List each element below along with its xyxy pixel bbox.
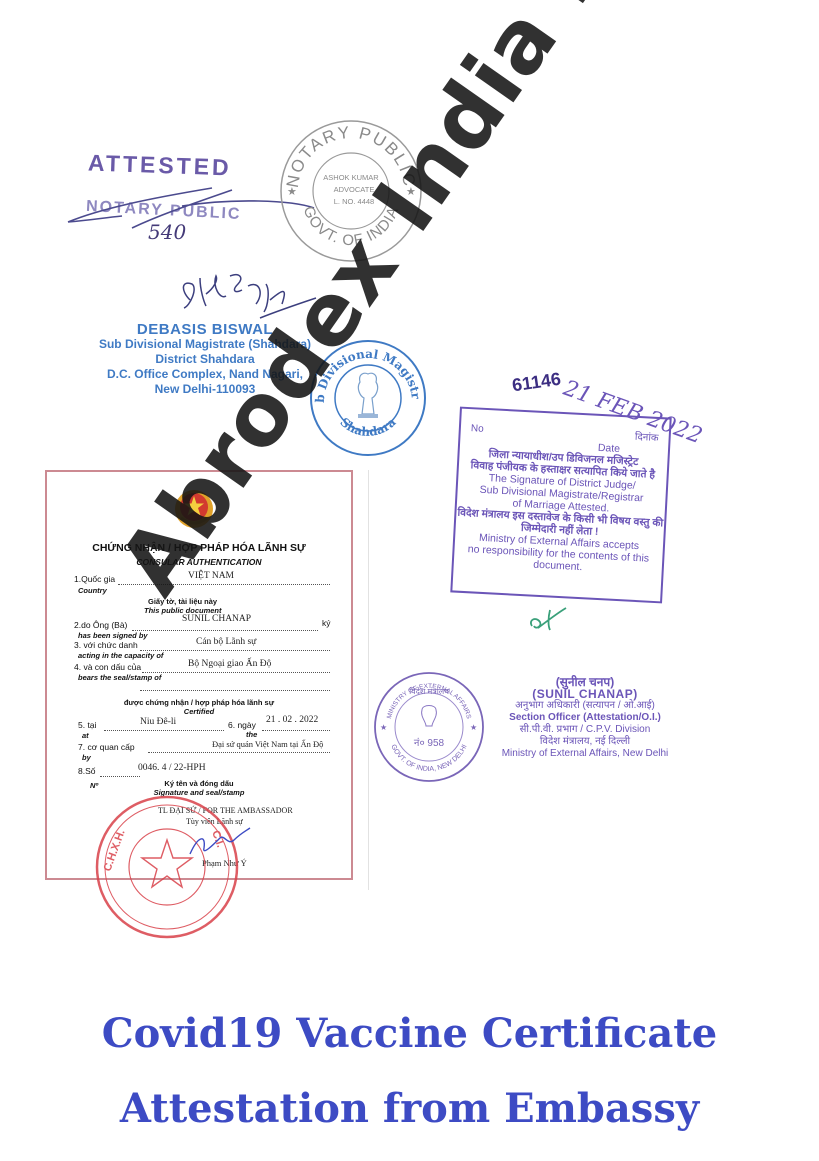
mea-attestation-stamp: No दिनांक Date जिला न्यायाधीश/उप डिविजनल… — [450, 407, 671, 604]
mea-officer-block: (सुनील चनप) (SUNIL CHANAP) अनुभाग अधिकार… — [490, 676, 680, 760]
dotted-line — [140, 680, 330, 691]
officer-name: (SUNIL CHANAP) — [490, 688, 680, 700]
field-capacity-label-en: acting in the capacity of — [78, 651, 163, 660]
initials-tick-icon — [526, 606, 570, 634]
field-issuer-label: 7. cơ quan cấp — [78, 742, 135, 752]
field-signed-by-suffix: ký — [322, 618, 331, 628]
dotted-line — [100, 766, 140, 777]
mea-date-hi-label: दिनांक — [635, 432, 659, 445]
ambassador-signature-icon — [184, 826, 254, 860]
officer-line: Section Officer (Attestation/O.I.) — [490, 712, 680, 724]
mea-round-seal-icon: MINISTRY OF EXTERNAL AFFAIRS GOVT. OF IN… — [372, 670, 486, 784]
officer-line: Ministry of External Affairs, New Delhi — [490, 748, 680, 760]
field-signed-by-label-en: has been signed by — [78, 631, 148, 640]
field-capacity-label: 3. với chức danh — [74, 640, 138, 650]
page-edge-divider — [368, 470, 369, 890]
field-number-label: 8.Số — [78, 766, 96, 776]
svg-text:★: ★ — [287, 186, 297, 198]
mea-no-label: No — [471, 423, 484, 436]
page-heading-line2: Attestation from Embassy — [0, 1085, 819, 1132]
field-place-label: 5. tại — [78, 720, 96, 730]
svg-text:★: ★ — [470, 723, 477, 732]
svg-text:★: ★ — [380, 723, 387, 732]
field-country-label-en: Country — [78, 586, 107, 595]
field-number-value: 0046. 4 / 22-HPH — [138, 763, 206, 773]
field-issuer-label-en: by — [82, 753, 91, 762]
field-date-label: 6. ngày — [228, 720, 256, 730]
svg-text:Shahdara: Shahdara — [337, 415, 399, 439]
field-capacity-value: Cán bộ Lãnh sự — [196, 637, 256, 647]
attested-stamp: ATTESTED — [88, 150, 233, 182]
field-signed-by-value: SUNIL CHANAP — [182, 614, 251, 624]
svg-text:विदेश मंत्रालय: विदेश मंत्रालय — [409, 686, 449, 696]
field-seal-value: Bộ Ngoại giao Ấn Độ — [188, 659, 271, 669]
officer-line: विदेश मंत्रालय, नई दिल्ली — [490, 736, 680, 748]
officer-line: सी.पी.वी. प्रभाग / C.P.V. Division — [490, 724, 680, 736]
field-country-label: 1.Quốc gia — [74, 574, 115, 584]
page-heading-line1: Covid19 Vaccine Certificate — [0, 1010, 819, 1057]
officer-line: अनुभाग अधिकारी (सत्यापन / ओ.आई) — [490, 700, 680, 712]
field-seal-label: 4. và con dấu của — [74, 662, 141, 672]
vietnam-embassy-red-seal-icon: C.H.X.H. C.I. — [92, 792, 242, 942]
certified-vi: được chứng nhận / hợp pháp hóa lãnh sự — [50, 698, 348, 707]
mea-serial-number: 61146 — [511, 369, 563, 397]
field-date-label-en: the — [246, 730, 257, 739]
field-signed-by-label: 2.do Ông (Bà) — [74, 620, 127, 630]
signature-vi: Ký tên và đóng dấu — [50, 779, 348, 788]
svg-text:नं० 958: नं० 958 — [414, 737, 445, 749]
field-date-value: 21 . 02 . 2022 — [266, 715, 318, 725]
field-place-label-en: at — [82, 731, 89, 740]
field-place-value: Niu Đê-li — [140, 717, 176, 727]
field-issuer-value: Đại sứ quán Việt Nam tại Ấn Độ — [212, 739, 323, 749]
